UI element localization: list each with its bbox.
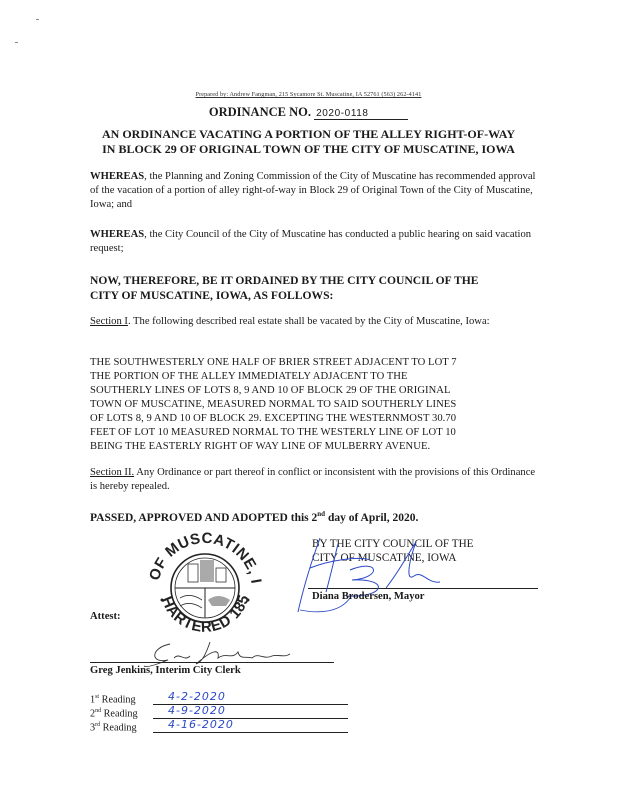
legal-line: FEET OF LOT 10 MEASURED NORMAL TO THE WE… (90, 426, 560, 440)
now-therefore-clause: NOW, THEREFORE, BE IT ORDAINED BY THE CI… (90, 273, 540, 303)
section-1: Section I. The following described real … (90, 315, 540, 329)
section-2-text: Any Ordinance or part thereof in conflic… (90, 467, 535, 492)
ordinance-label: ORDINANCE NO. (209, 105, 311, 119)
ordinance-number: 2020-0118 (314, 108, 408, 120)
whereas-lead: WHEREAS (90, 229, 144, 240)
clerk-signature-icon (140, 638, 300, 668)
legal-line: SOUTHERLY LINES OF LOTS 8, 9 AND 10 OF B… (90, 384, 560, 398)
reading-word: Reading (101, 708, 138, 719)
ordinance-number-heading: ORDINANCE NO. 2020-0118 (0, 105, 617, 120)
whereas-lead: WHEREAS (90, 171, 144, 182)
section-1-text: . The following described real estate sh… (128, 316, 490, 327)
reading-label: 1st Reading (90, 694, 136, 705)
prepared-by-line: Prepared by: Andrew Fangman, 215 Sycamor… (0, 91, 617, 98)
mayor-name: Diana Brodersen, Mayor (312, 591, 425, 602)
section-2-label: Section II. (90, 467, 134, 478)
legal-description: THE SOUTHWESTERLY ONE HALF OF BRIER STRE… (90, 356, 560, 454)
ordinance-title: AN ORDINANCE VACATING A PORTION OF THE A… (0, 127, 617, 156)
legal-line: THE SOUTHWESTERLY ONE HALF OF BRIER STRE… (90, 356, 560, 370)
reading-label: 2nd Reading (90, 708, 138, 719)
title-line-2: IN BLOCK 29 OF ORIGINAL TOWN OF THE CITY… (0, 142, 617, 157)
section-1-label: Section I (90, 316, 128, 327)
passed-suffix: day of April, 2020. (325, 512, 418, 524)
section-2: Section II. Any Ordinance or part thereo… (90, 466, 540, 494)
mayor-signature-icon (290, 530, 490, 615)
legal-line: OF LOTS 8, 9 AND 10 OF BLOCK 29. EXCEPTI… (90, 412, 560, 426)
reading-date: 4-16-2020 (168, 718, 234, 731)
whereas-paragraph-2: WHEREAS, the City Council of the City of… (90, 228, 540, 256)
now-therefore-line-2: CITY OF MUSCATINE, IOWA, AS FOLLOWS: (90, 288, 540, 303)
passed-sup: nd (317, 510, 325, 518)
whereas-text: , the City Council of the City of Muscat… (90, 229, 531, 254)
whereas-text: , the Planning and Zoning Commission of … (90, 171, 535, 210)
clerk-signature-line (90, 662, 334, 663)
reading-line (153, 732, 348, 733)
title-line-1: AN ORDINANCE VACATING A PORTION OF THE A… (0, 127, 617, 142)
reading-date: 4-2-2020 (168, 690, 226, 703)
reading-3: 3rd Reading 4-16-2020 (90, 722, 350, 734)
reading-word: Reading (100, 722, 137, 733)
reading-word: Reading (99, 694, 136, 705)
scan-speck (15, 42, 18, 43)
now-therefore-line-1: NOW, THEREFORE, BE IT ORDAINED BY THE CI… (90, 273, 540, 288)
attest-label: Attest: (90, 611, 121, 622)
legal-line: THE PORTION OF THE ALLEY IMMEDIATELY ADJ… (90, 370, 560, 384)
legal-line: TOWN OF MUSCATINE, MEASURED NORMAL TO SA… (90, 398, 560, 412)
legal-line: BEING THE EASTERLY RIGHT OF WAY LINE OF … (90, 440, 560, 454)
whereas-paragraph-1: WHEREAS, the Planning and Zoning Commiss… (90, 170, 540, 212)
clerk-name: Greg Jenkins, Interim City Clerk (90, 665, 241, 676)
reading-label: 3rd Reading (90, 722, 137, 733)
city-seal-icon: CITY OF MUSCATINE, IOWA CHARTERED 1851 (140, 522, 270, 652)
reading-date: 4-9-2020 (168, 704, 226, 717)
scan-speck (36, 19, 39, 20)
